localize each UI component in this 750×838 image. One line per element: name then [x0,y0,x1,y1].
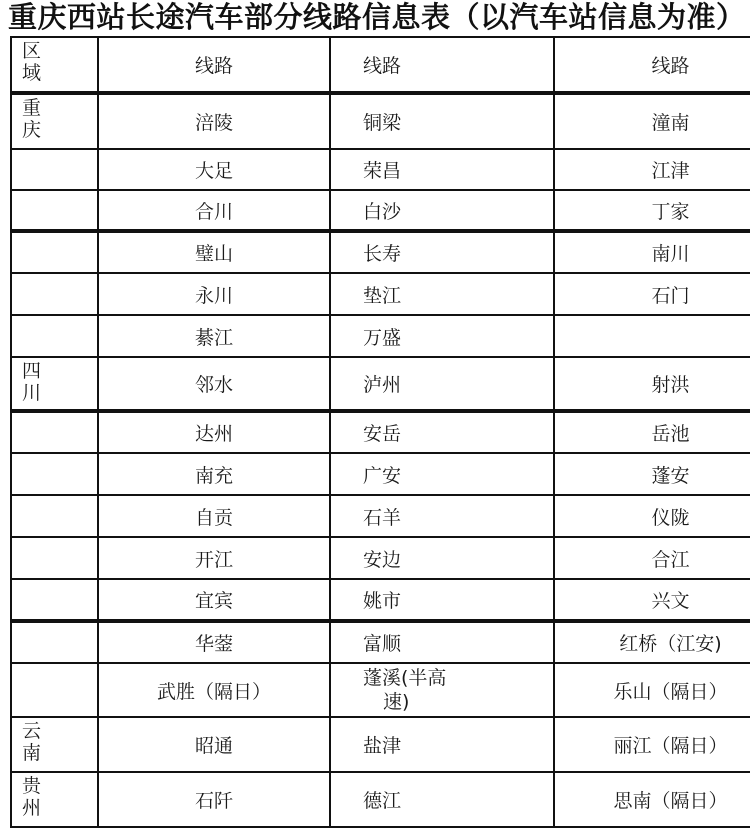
route-cell: 丁家 [554,190,750,231]
region-cell [11,190,98,231]
region-cell: 四川 [11,357,98,411]
routes-table: 区域 线路 线路 线路 重庆 涪陵 铜梁 潼南 大足 荣昌 江津 合川 白沙 丁… [10,36,750,828]
route-cell: 丽江（隔日） [554,717,750,772]
header-region: 区域 [11,37,98,93]
route-cell: 乐山（隔日） [554,663,750,717]
route-cell: 岳池 [554,411,750,453]
route-cell: 安边 [330,537,554,579]
route-cell: 兴文 [554,579,750,621]
region-cell: 重庆 [11,93,98,149]
route-cell: 盐津 [330,717,554,772]
table-row: 宜宾 姚市 兴文 [11,579,750,621]
route-cell: 石门 [554,273,750,315]
region-cell [11,315,98,357]
route-cell: 江津 [554,149,750,190]
route-cell: 石羊 [330,495,554,537]
route-cell: 姚市 [330,579,554,621]
route-cell: 南充 [98,453,330,495]
route-cell: 长寿 [330,231,554,273]
table-row: 合川 白沙 丁家 [11,190,750,231]
route-cell: 开江 [98,537,330,579]
region-label: 云南 [22,720,42,764]
route-cell: 垫江 [330,273,554,315]
table-row: 武胜（隔日） 蓬溪(半高 速) 乐山（隔日） [11,663,750,717]
region-cell [11,579,98,621]
region-cell [11,537,98,579]
route-line-2: 速) [363,690,446,714]
route-cell: 蓬溪(半高 速) [330,663,554,717]
route-cell: 铜梁 [330,93,554,149]
region-cell [11,149,98,190]
region-cell: 贵州 [11,772,98,827]
region-cell [11,411,98,453]
page-title: 重庆西站长途汽车部分线路信息表（以汽车站信息为准） [8,0,750,34]
route-cell: 綦江 [98,315,330,357]
route-cell: 红桥（江安) [554,621,750,663]
route-cell: 德江 [330,772,554,827]
route-cell: 富顺 [330,621,554,663]
table-header-row: 区域 线路 线路 线路 [11,37,750,93]
header-route-2: 线路 [330,37,554,93]
region-label: 重庆 [22,97,42,141]
route-cell: 泸州 [330,357,554,411]
route-cell: 永川 [98,273,330,315]
table-row: 华蓥 富顺 红桥（江安) [11,621,750,663]
route-cell: 石阡 [98,772,330,827]
region-cell [11,453,98,495]
region-cell: 云南 [11,717,98,772]
header-region-label: 区域 [22,40,42,84]
table-row: 永川 垫江 石门 [11,273,750,315]
region-cell [11,495,98,537]
header-route-3: 线路 [554,37,750,93]
header-route-1: 线路 [98,37,330,93]
region-cell [11,273,98,315]
table-row: 自贡 石羊 仪陇 [11,495,750,537]
route-cell: 华蓥 [98,621,330,663]
route-cell: 自贡 [98,495,330,537]
route-cell: 广安 [330,453,554,495]
route-cell: 涪陵 [98,93,330,149]
table-row: 云南 昭通 盐津 丽江（隔日） [11,717,750,772]
route-cell: 思南（隔日） [554,772,750,827]
region-label: 贵州 [22,775,42,819]
route-cell: 宜宾 [98,579,330,621]
table-row: 南充 广安 蓬安 [11,453,750,495]
region-cell [11,231,98,273]
region-cell [11,621,98,663]
route-cell: 合江 [554,537,750,579]
route-cell: 蓬安 [554,453,750,495]
route-cell: 仪陇 [554,495,750,537]
route-line-1: 蓬溪(半高 [363,667,446,689]
route-cell: 璧山 [98,231,330,273]
table-row: 四川 邻水 泸州 射洪 [11,357,750,411]
route-cell: 安岳 [330,411,554,453]
route-cell: 达州 [98,411,330,453]
table-row: 开江 安边 合江 [11,537,750,579]
route-cell: 大足 [98,149,330,190]
table-row: 重庆 涪陵 铜梁 潼南 [11,93,750,149]
route-cell: 潼南 [554,93,750,149]
table-row: 璧山 长寿 南川 [11,231,750,273]
table-row: 綦江 万盛 [11,315,750,357]
route-cell: 白沙 [330,190,554,231]
table-row: 贵州 石阡 德江 思南（隔日） [11,772,750,827]
table-row: 达州 安岳 岳池 [11,411,750,453]
route-cell: 万盛 [330,315,554,357]
route-cell: 射洪 [554,357,750,411]
route-cell: 武胜（隔日） [98,663,330,717]
route-cell: 邻水 [98,357,330,411]
region-cell [11,663,98,717]
route-cell: 昭通 [98,717,330,772]
table-row: 大足 荣昌 江津 [11,149,750,190]
region-label: 四川 [22,360,42,404]
route-cell: 南川 [554,231,750,273]
route-cell: 合川 [98,190,330,231]
route-multiline: 蓬溪(半高 速) [363,666,446,714]
route-cell [554,315,750,357]
route-cell: 荣昌 [330,149,554,190]
